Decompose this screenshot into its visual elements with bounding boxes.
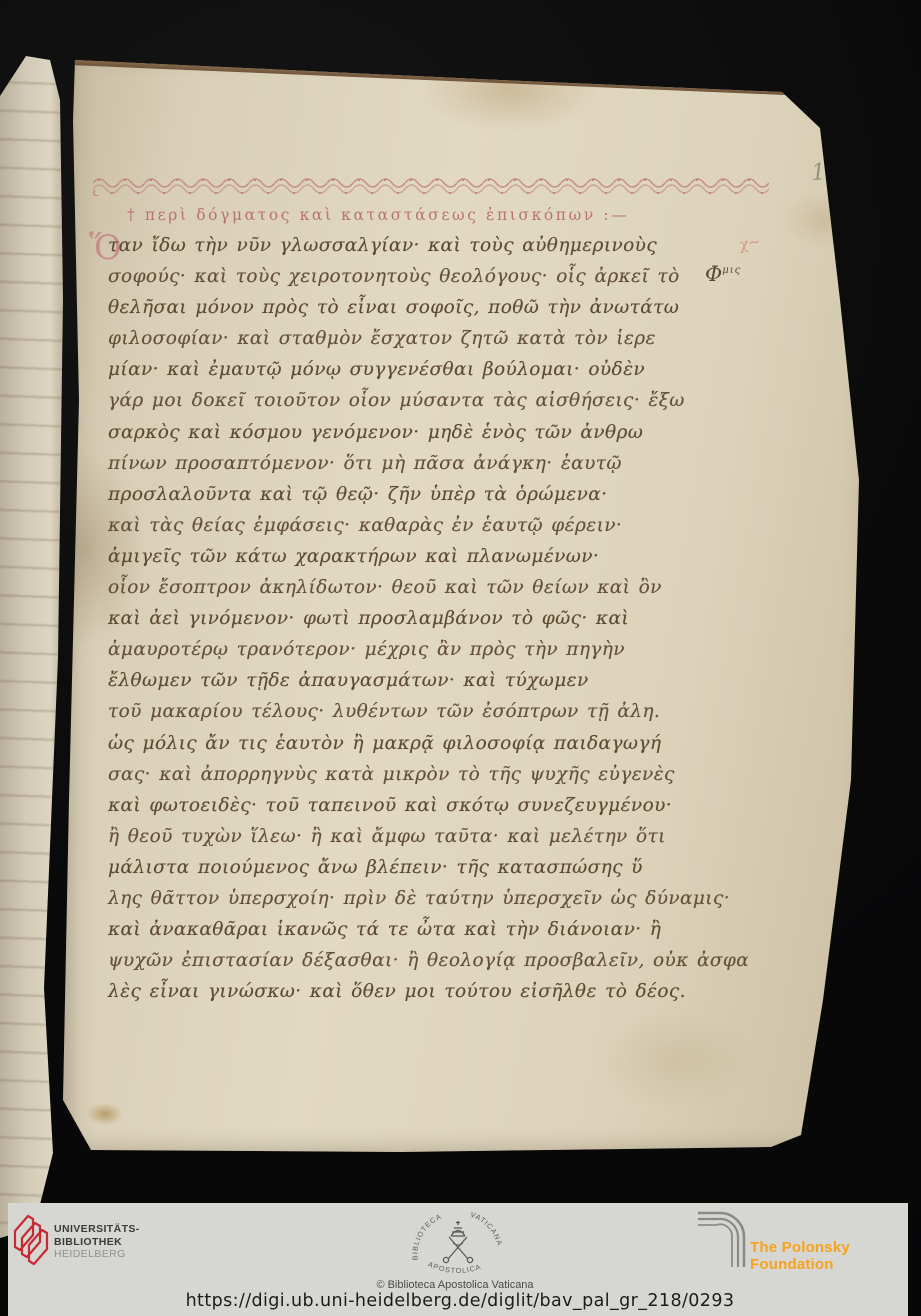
manuscript-line: θελῆσαι μόνον πρὸς τὸ εἶναι σοφοῖς, ποθῶ… [108,292,780,323]
manuscript-line: ἔλθωμεν τῶν τῇδε ἀπαυγασμάτων· καὶ τύχωμ… [108,665,780,696]
manuscript-line: λης θᾶττον ὑπερσχοίη· πρὶν δὲ ταύτην ὑπε… [108,883,780,914]
manuscript-line: προσλαλοῦντα καὶ τῷ θεῷ· ζῆν ὑπὲρ τὰ ὁρώ… [108,479,780,510]
page-top-edge-binding [69,56,817,96]
manuscript-line: ἀμιγεῖς τῶν κάτω χαρακτήρων καὶ πλανωμέν… [108,541,780,572]
manuscript-line: ψυχῶν ἐπιστασίαν δέξασθαι· ἢ θεολογίᾳ πρ… [108,945,780,976]
manuscript-line: φιλοσοφίαν· καὶ σταθμὸν ἔσχατον ζητῶ κατ… [108,323,780,354]
vatican-keys-tiara-emblem [443,1221,472,1263]
ub-text-line3: HEIDELBERG [54,1248,140,1261]
manuscript-line: οἷον ἔσοπτρον ἀκηλίδωτον· θεοῦ καὶ τῶν θ… [108,572,780,603]
digitized-manuscript-photo: 143 † περὶ δόγματος καὶ καταστάσεως ἐπισ… [0,0,921,1316]
ub-text-line2: BIBLIOTHEK [54,1236,140,1249]
fore-edge-text-showthrough [0,38,72,1250]
rubric-heading: † περὶ δόγματος καὶ καταστάσεως ἐπισκόπω… [127,206,687,224]
manuscript-line: πίνων προσαπτόμενον· ὅτι μὴ πᾶσα ἀνάγκη·… [108,448,780,479]
vatican-arc-bottom: APOSTOLICA [427,1259,483,1275]
manuscript-line: καὶ φωτοειδὲς· τοῦ ταπεινοῦ καὶ σκότῳ συ… [108,790,780,821]
manuscript-line: καὶ τὰς θείας ἐμφάσεις· καθαρὰς ἐν ἑαυτῷ… [108,510,780,541]
svg-text:APOSTOLICA: APOSTOLICA [427,1259,483,1275]
ub-heidelberg-logo-icon [12,1211,54,1269]
svg-text:BIBLIOTECA: BIBLIOTECA [410,1211,443,1260]
text-block: ταν ἴδω τὴν νῦν γλωσσαλγίαν· καὶ τοὺς αὐ… [108,230,780,1007]
source-url: https://digi.ub.uni-heidelberg.de/diglit… [110,1291,810,1311]
left-page-stack [0,38,72,1250]
manuscript-line: ἀμαυροτέρῳ τρανότερον· μέχρις ἂν πρὸς τὴ… [108,634,780,665]
footer-credits-bar: UNIVERSITÄTS- BIBLIOTHEK HEIDELBERG BIBL… [8,1203,908,1316]
manuscript-line: τοῦ μακαρίου τέλους· λυθέντων τῶν ἐσόπτρ… [108,696,780,727]
vatican-arc-left: BIBLIOTECA [410,1211,443,1260]
vatican-arc-right: VATICANA [469,1211,504,1247]
polonsky-foundation-logo-icon [696,1209,750,1269]
manuscript-line: καὶ ἀνακαθᾶραι ἱκανῶς τά τε ὦτα καὶ τὴν … [108,914,780,945]
manuscript-line: καὶ ἀεὶ γινόμενον· φωτὶ προσλαμβάνον τὸ … [108,603,780,634]
manuscript-page: 143 † περὶ δόγματος καὶ καταστάσεως ἐπισ… [55,50,867,1160]
manuscript-line: μίαν· καὶ ἐμαυτῷ μόνῳ συγγενέσθαι βούλομ… [108,354,780,385]
ub-heidelberg-logo-text: UNIVERSITÄTS- BIBLIOTHEK HEIDELBERG [54,1223,140,1261]
manuscript-line: σαρκὸς καὶ κόσμου γενόμενον· μηδὲ ἑνὸς τ… [108,417,780,448]
manuscript-line: μάλιστα ποιούμενος ἄνω βλέπειν· τῆς κατα… [108,852,780,883]
manuscript-line: ταν ἴδω τὴν νῦν γλωσσαλγίαν· καὶ τοὺς αὐ… [108,230,780,261]
manuscript-line: γάρ μοι δοκεῖ τοιοῦτον οἷον μύσαντα τὰς … [108,385,780,416]
ub-text-line1: UNIVERSITÄTS- [54,1223,140,1236]
manuscript-line: σοφούς· καὶ τοὺς χειροτονητοὺς θεολόγους… [108,261,780,292]
manuscript-line: ἢ θεοῦ τυχὼν ἵλεω· ἢ καὶ ἄμφω ταῦτα· καὶ… [108,821,780,852]
vatican-copyright: © Biblioteca Apostolica Vaticana [305,1279,605,1291]
ornamental-band [93,176,769,196]
manuscript-line: σας· καὶ ἀπορρηγνὺς κατὰ μικρὸν τὸ τῆς ψ… [108,759,780,790]
svg-text:VATICANA: VATICANA [469,1211,504,1247]
polonsky-foundation-label: The Polonsky Foundation [750,1239,908,1273]
manuscript-line: ὡς μόλις ἄν τις ἑαυτὸν ἢ μακρᾷ φιλοσοφίᾳ… [108,728,780,759]
manuscript-line: λὲς εἶναι γινώσκω· καὶ ὅθεν μοι τούτου ε… [108,976,780,1007]
folio-number: 143 [810,156,874,186]
vatican-library-logo-icon: BIBLIOTECA VATICANA APOSTOLICA [400,1211,516,1281]
